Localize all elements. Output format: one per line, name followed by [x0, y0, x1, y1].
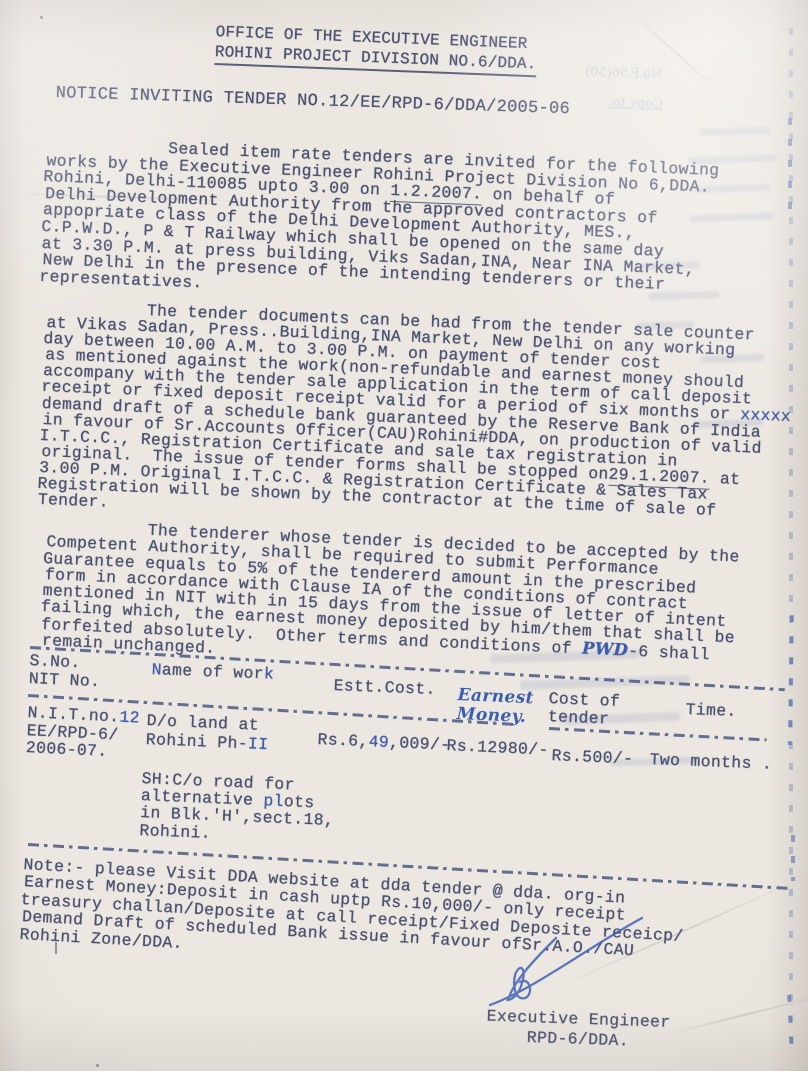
bleed-through-smudge	[694, 184, 770, 194]
bleed-through-smudge	[688, 154, 776, 164]
bleed-through-text: No.F.56(50)	[585, 65, 663, 83]
notice-inviting-tender-title: NOTICE INVITING TENDER NO.12/EE/RPD-6/DD…	[55, 84, 570, 119]
table-row-nit-number: N.I.T.no.12EE/RPD-6/2006-07.	[25, 704, 140, 762]
tender-documents-paragraph: The tender documents can be had from the…	[38, 299, 796, 538]
edge-dashed-line	[791, 835, 795, 881]
table-row-estimated-cost: Rs.6,49,009/-	[317, 730, 451, 755]
edge-dashed-line	[788, 615, 794, 745]
table-header-sno-nit: S.No.NIT No.	[28, 652, 101, 690]
dashed-separator-header-right	[549, 727, 767, 741]
table-header-earnest-money: EarnestMoney.	[456, 686, 534, 727]
intro-paragraph: Sealed item rate tenders are invited for…	[40, 136, 720, 312]
table-header-est-cost: Estt.Cost.	[333, 676, 436, 699]
paper-crease	[629, 10, 727, 98]
signature-block: Executive EngineerRPD-6/DDA.	[473, 1006, 684, 1053]
bleed-through-smudge	[700, 127, 770, 136]
scan-speck	[40, 16, 43, 19]
table-row-earnest-money: Rs.12980/-	[446, 736, 549, 760]
table-row-name-of-work: D/o land atRohini Ph-II	[145, 712, 269, 754]
scan-speck	[55, 942, 57, 954]
edge-dashed-line	[788, 118, 792, 216]
bleed-through-text: Copy to:	[608, 95, 664, 112]
table-row-subhead-work-detail: SH:C/o road foralternative plotsin Blk.'…	[139, 770, 336, 847]
scanned-tender-notice-page: OFFICE OF THE EXECUTIVE ENGINEER ROHINI …	[0, 0, 808, 1071]
table-header-name-of-work: Name of work	[151, 660, 274, 684]
table-header-time: Time.	[685, 700, 737, 721]
scan-speck	[96, 1064, 99, 1067]
signature-ink-scribble	[478, 908, 653, 1008]
bleed-through-smudge	[690, 213, 774, 223]
document-header: OFFICE OF THE EXECUTIVE ENGINEER ROHINI …	[214, 22, 537, 77]
